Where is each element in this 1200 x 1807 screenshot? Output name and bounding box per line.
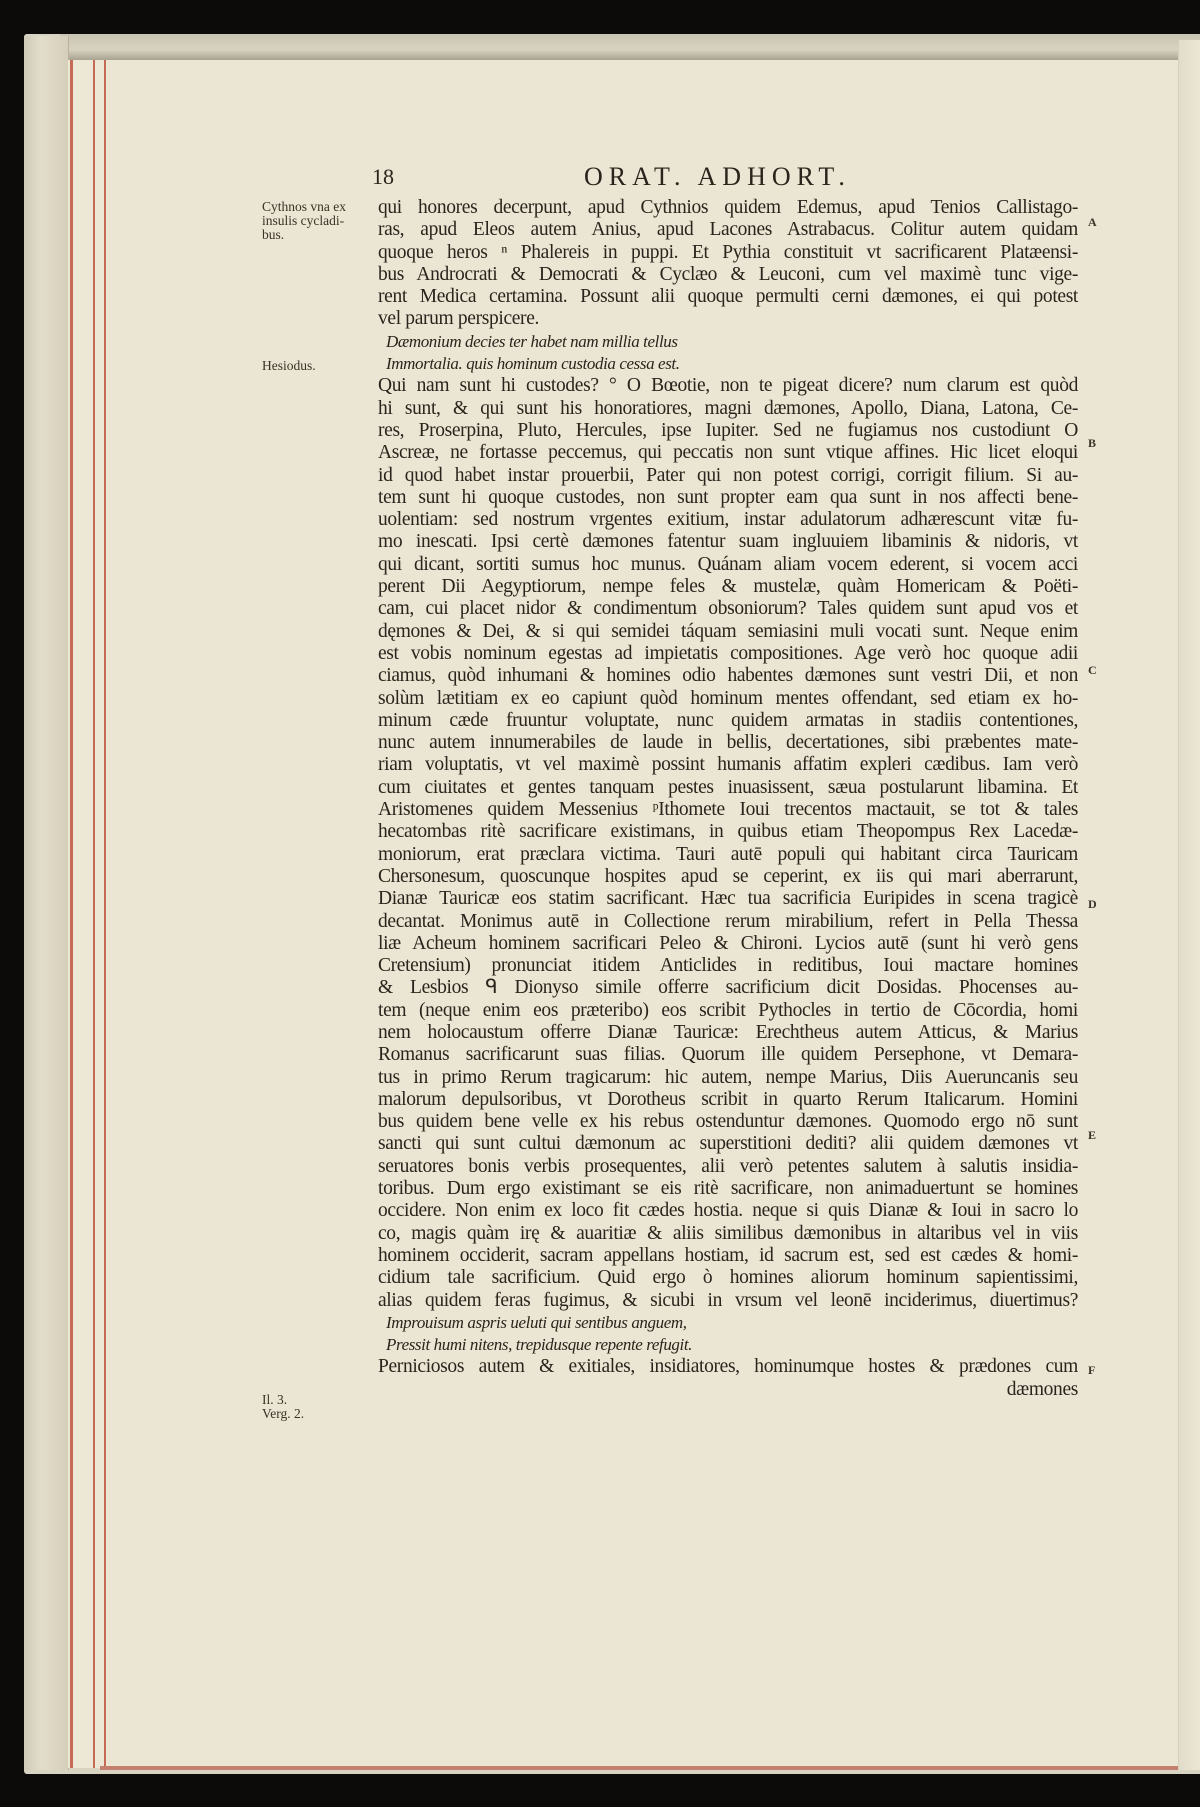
page-edges xyxy=(68,60,108,1768)
red-page-edge xyxy=(93,60,95,1768)
verse-line: Pressit humi nitens, trepidusque repente… xyxy=(378,1334,1078,1356)
text-line: occidere. Non enim ex loco fit cædes hos… xyxy=(378,1200,1078,1222)
margin-note-line: bus. xyxy=(262,228,374,242)
text-line: decantat. Monimus autē in Collectione re… xyxy=(378,911,1078,933)
margin-note-line: Hesiodus. xyxy=(262,359,374,373)
margin-note: Hesiodus. xyxy=(262,359,374,373)
verse-line: Improuisum aspris ueluti qui sentibus an… xyxy=(378,1312,1078,1334)
verse-line: Immortalia. quis hominum custodia cessa … xyxy=(378,353,1078,375)
text-line: Dianæ Tauricæ eos statim sacrificant. Hæ… xyxy=(378,888,1078,910)
binding-top-strip xyxy=(60,34,1200,60)
margin-note: Cythnos vna exinsulis cycladi-bus. xyxy=(262,200,374,242)
text-line: rent Medica certamina. Possunt alii quoq… xyxy=(378,286,1078,308)
text-line: riam voluptatis, vt vel maximè possint h… xyxy=(378,754,1078,776)
text-line: est vobis nominum egestas ad impietatis … xyxy=(378,643,1078,665)
text-line: toribus. Dum ergo existimant se eis ritè… xyxy=(378,1178,1078,1200)
text-line: Perniciosos autem & exitiales, insidiato… xyxy=(378,1356,1078,1378)
text-line: sancti qui sunt cultui dæmonum ac supers… xyxy=(378,1133,1078,1155)
verse-line: Dæmonium decies ter habet nam millia tel… xyxy=(378,331,1078,353)
margin-note-line: Il. 3. xyxy=(262,1393,374,1407)
margin-note-line: Verg. 2. xyxy=(262,1407,374,1421)
section-marker: B xyxy=(1088,436,1096,451)
running-title: ORAT. ADHORT. xyxy=(584,162,851,192)
text-line: res, Proserpina, Pluto, Hercules, ipse I… xyxy=(378,420,1078,442)
text-line: bus quidem bene velle ex his rebus osten… xyxy=(378,1111,1078,1133)
section-marker: F xyxy=(1088,1363,1095,1378)
section-marker: D xyxy=(1088,897,1097,912)
red-bottom-edge xyxy=(100,1766,1180,1770)
text-line: dæmones xyxy=(378,1379,1078,1401)
text-line: bus Androcrati & Democrati & Cyclæo & Le… xyxy=(378,264,1078,286)
margin-note: Il. 3.Verg. 2. xyxy=(262,1393,374,1421)
text-line: nem holocaustum offerre Dianæ Tauricæ: E… xyxy=(378,1022,1078,1044)
text-line: solùm lætitiam ex eo capiunt quòd hominu… xyxy=(378,688,1078,710)
text-line: vel parum perspicere. xyxy=(378,308,1078,330)
text-line: dęmones & Dei, & si qui semidei táquam s… xyxy=(378,621,1078,643)
text-line: Qui nam sunt hi custodes? ° O Bœotie, no… xyxy=(378,375,1078,397)
body-text: qui honores decerpunt, apud Cythnios qui… xyxy=(378,197,1078,1401)
text-line: cidium tale sacrificium. Quid ergo ò hom… xyxy=(378,1267,1078,1289)
text-line: nunc autem innumerabiles de laude in bel… xyxy=(378,732,1078,754)
text-line: Cretensium) pronunciat itidem Anticlides… xyxy=(378,955,1078,977)
text-line: Aristomenes quidem Messenius ᵖIthomete I… xyxy=(378,799,1078,821)
text-line: qui honores decerpunt, apud Cythnios qui… xyxy=(378,197,1078,219)
text-line: mo inescati. Ipsi certè dæmones fatentur… xyxy=(378,531,1078,553)
text-line: ciamus, quòd inhumani & homines odio hab… xyxy=(378,665,1078,687)
text-line: minum cæde fruuntur voluptate, nunc quid… xyxy=(378,710,1078,732)
section-marker: A xyxy=(1088,215,1097,230)
text-line: hominem occiderit, sacram appellans host… xyxy=(378,1245,1078,1267)
text-line: malorum depulsoribus, vt Dorotheus scrib… xyxy=(378,1089,1078,1111)
text-line: co, magis quàm irę & auaritiæ & aliis si… xyxy=(378,1223,1078,1245)
text-line: tus in primo Rerum tragicarum: hic autem… xyxy=(378,1067,1078,1089)
text-line: perent Dii Aegyptiorum, nempe feles & mu… xyxy=(378,576,1078,598)
text-line: liæ Acheum hominem sacrificari Peleo & C… xyxy=(378,933,1078,955)
section-marker: C xyxy=(1088,663,1097,678)
text-line: ras, apud Eleos autem Anius, apud Lacone… xyxy=(378,219,1078,241)
section-marker: E xyxy=(1088,1128,1096,1143)
red-page-edge xyxy=(70,60,73,1768)
text-line: uolentiam: sed nostrum vrgentes exitium,… xyxy=(378,509,1078,531)
text-line: tem sunt hi quoque custodes, non sunt pr… xyxy=(378,487,1078,509)
text-line: cam, cui placet nidor & condimentum obso… xyxy=(378,598,1078,620)
page-fold xyxy=(1178,40,1200,1770)
margin-note-line: Cythnos vna ex xyxy=(262,200,374,214)
text-line: cum ciuitates et gentes tanquam pestes i… xyxy=(378,777,1078,799)
text-line: alias quidem feras fugimus, & sicubi in … xyxy=(378,1290,1078,1312)
text-line: quoque heros ⁿ Phalereis in puppi. Et Py… xyxy=(378,242,1078,264)
text-line: & Lesbios ᑫ Dionyso simile offerre sacri… xyxy=(378,977,1078,999)
text-line: id quod habet instar prouerbii, Pater qu… xyxy=(378,465,1078,487)
text-line: seruatores bonis verbis prosequentes, al… xyxy=(378,1156,1078,1178)
page-number: 18 xyxy=(372,164,394,190)
text-line: hecatombas ritè sacrificare existimans, … xyxy=(378,821,1078,843)
margin-note-line: insulis cycladi- xyxy=(262,214,374,228)
text-line: Chersonesum, quoscunque hospites apud se… xyxy=(378,866,1078,888)
text-line: tem (neque enim eos præteribo) eos scrib… xyxy=(378,1000,1078,1022)
running-head: 18 ORAT. ADHORT. xyxy=(372,162,1080,192)
text-line: Ascreæ, ne fortasse peccemus, qui peccat… xyxy=(378,442,1078,464)
red-page-edge xyxy=(104,60,106,1768)
text-line: moniorum, erat præclara victima. Tauri a… xyxy=(378,844,1078,866)
text-line: Romanus sacrificarunt suas filias. Quoru… xyxy=(378,1044,1078,1066)
binding-spine-strip xyxy=(24,36,69,1770)
text-line: qui dicant, sortiti sumus hoc munus. Quá… xyxy=(378,554,1078,576)
text-line: hi sunt, & qui sunt his honoratiores, ma… xyxy=(378,398,1078,420)
